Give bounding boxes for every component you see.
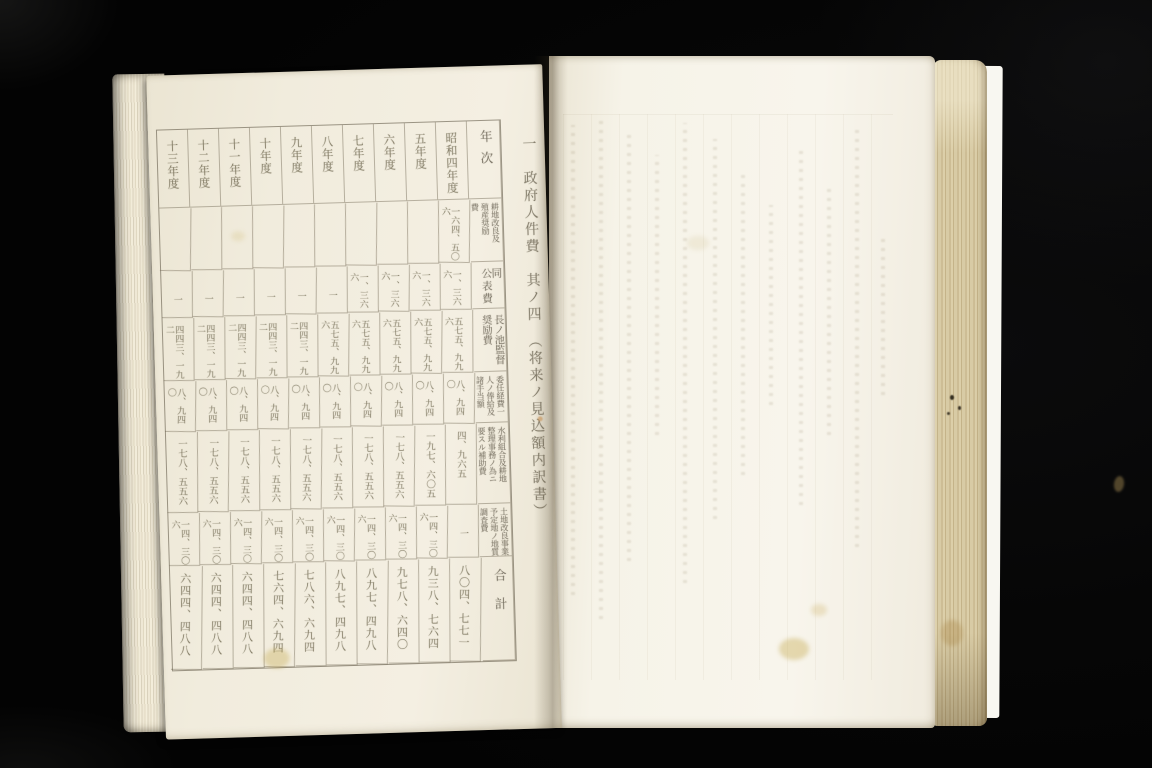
value-cell: 一六四、五〇六 <box>439 200 471 263</box>
fore-edge-speck <box>950 395 954 400</box>
bleed-through-column <box>655 155 659 435</box>
value-cell <box>253 205 285 268</box>
value-cell <box>315 203 346 266</box>
value-cell: 一、三六六 <box>441 263 472 310</box>
value-cell <box>160 208 192 271</box>
bleed-through-table <box>563 114 893 680</box>
bleed-through-column <box>741 175 745 475</box>
value-cell: 一 <box>317 266 348 313</box>
value-cell: 八、九四〇 <box>444 373 475 424</box>
value-cell: 一 <box>193 270 224 317</box>
year-header-cell: 十一年度 <box>219 128 252 207</box>
value-cell: 一七八、五五六 <box>291 428 323 509</box>
value-cell: 五七五、九九六 <box>318 313 350 376</box>
year-header-cell: 昭和四年度 <box>436 121 469 200</box>
value-cell: 五七五、九九六 <box>411 311 443 374</box>
total-value-cell: 七八六、六九四 <box>295 562 327 666</box>
year-header-cell: 六年度 <box>374 123 407 202</box>
bleed-through-column <box>769 205 773 405</box>
value-cell: 一七八、五五六 <box>198 431 230 512</box>
corner-header-cell: 年次 <box>467 120 502 199</box>
value-cell: 一四、三〇六 <box>386 506 417 559</box>
value-cell: 一七八、五五六 <box>353 426 384 507</box>
year-header-cell: 九年度 <box>281 126 314 205</box>
bleed-through-column <box>855 127 859 547</box>
total-value-cell: 六四四、四八八 <box>171 566 203 670</box>
value-cell: 八、九四〇 <box>320 376 351 427</box>
background-speck <box>1113 475 1125 492</box>
bleed-through-column <box>713 139 717 519</box>
value-cell: 四四三、一九二 <box>163 318 194 381</box>
total-value-cell: 六四四、四八八 <box>233 564 265 668</box>
book-fore-edge <box>933 60 987 726</box>
category-header-cell: 土地改良事業 予定地ノ地質 調査費 <box>478 503 513 557</box>
value-cell: 一四、三〇六 <box>169 513 200 566</box>
value-cell: 一 <box>162 271 193 318</box>
value-cell: 八、九四〇 <box>413 374 444 425</box>
value-cell: 八、九四〇 <box>196 380 227 431</box>
value-cell: 一四、三〇六 <box>293 509 324 562</box>
value-cell: 八、九四〇 <box>289 377 320 428</box>
value-cell: 一四、三〇六 <box>200 512 231 565</box>
photo-background: 十三年度十二年度十一年度十年度九年度八年度七年度六年度五年度昭和四年度年次一六四… <box>0 0 1152 768</box>
total-value-cell: 八九七、四九八 <box>357 560 389 664</box>
bleed-through-column <box>571 125 575 595</box>
value-cell: 一四、三〇六 <box>324 508 355 561</box>
value-cell <box>408 201 439 264</box>
value-cell: 一七八、五五六 <box>229 430 260 511</box>
bleed-through-column <box>627 131 631 561</box>
value-cell: 一、三六六 <box>410 264 441 311</box>
value-cell: 一 <box>255 268 286 315</box>
value-cell: 八、九四〇 <box>165 381 196 432</box>
value-cell: 八、九四〇 <box>258 378 289 429</box>
total-value-cell: 六四四、四八八 <box>202 565 234 669</box>
fore-edge-speck <box>958 406 961 410</box>
value-cell: 五七五、九九六 <box>349 312 380 375</box>
value-cell: 八、九四〇 <box>227 379 258 430</box>
year-header-cell: 七年度 <box>343 124 376 203</box>
year-header-cell: 八年度 <box>312 125 345 204</box>
total-value-cell: 八〇四、七七一 <box>450 558 482 662</box>
value-cell: 一七八、五五六 <box>167 432 198 513</box>
value-cell: 一 <box>224 269 255 316</box>
year-header-cell: 十二年度 <box>188 129 221 208</box>
value-cell: 一四、三〇六 <box>417 505 448 558</box>
category-header-cell: 耕地改良及 殖産奨励 費 <box>469 198 504 262</box>
page-stain <box>811 604 827 616</box>
value-cell: 一七八、五五六 <box>322 427 353 508</box>
year-header-cell: 十三年度 <box>157 130 190 209</box>
value-cell: 四四三、一九二 <box>225 316 257 379</box>
value-cell <box>377 202 408 265</box>
ledger-table: 十三年度十二年度十一年度十年度九年度八年度七年度六年度五年度昭和四年度年次一六四… <box>156 119 517 671</box>
value-cell: 一、三六六 <box>348 265 379 312</box>
value-cell: 一四、三〇六 <box>262 510 293 563</box>
value-cell: 四四三、一九二 <box>194 317 225 380</box>
value-cell: 五七五、九九六 <box>380 312 411 375</box>
total-header-cell: 合計 <box>480 556 516 661</box>
value-cell <box>191 207 222 270</box>
category-header-cell: 水利組合及耕地 整理事務ノ為ニ 要スル補助費 <box>476 422 511 504</box>
left-page: 十三年度十二年度十一年度十年度九年度八年度七年度六年度五年度昭和四年度年次一六四… <box>146 64 562 739</box>
value-cell: 一四、三〇六 <box>231 511 262 564</box>
page-stain <box>779 638 809 660</box>
value-cell: 四四三、一九二 <box>256 315 287 378</box>
page-stain <box>687 236 709 250</box>
total-value-cell: 九七八、六四〇 <box>388 559 420 663</box>
value-cell: 一七八、五五六 <box>260 429 291 510</box>
value-cell: 八、九四〇 <box>351 375 382 426</box>
bleed-through-column <box>881 235 885 395</box>
year-header-cell: 十年度 <box>250 127 283 206</box>
value-cell <box>346 202 378 265</box>
fore-edge-stain <box>941 620 963 646</box>
value-cell: 四、九六五 <box>446 424 477 505</box>
category-header-cell: 同 公表費 <box>471 261 505 309</box>
bleed-through-column <box>599 119 603 619</box>
value-cell <box>284 204 315 267</box>
fore-edge-speck <box>947 412 950 415</box>
year-header-cell: 五年度 <box>405 122 438 201</box>
value-cell: 一九七、六〇五 <box>415 425 446 506</box>
category-header-cell: 委任経費一 人ノ俸給及 諸手当額 <box>474 371 508 423</box>
value-cell: 一四、三〇六 <box>355 507 386 560</box>
value-cell: 八、九四〇 <box>382 375 413 426</box>
bleed-through-column <box>683 123 687 583</box>
value-cell: 四四三、一九二 <box>287 314 318 377</box>
bleed-through-column <box>799 145 803 505</box>
value-cell: 一七八、五五六 <box>384 425 416 506</box>
value-cell: 一 <box>448 505 479 558</box>
total-value-cell: 八九七、四九八 <box>326 561 358 665</box>
value-cell: 一 <box>286 267 317 314</box>
total-value-cell: 九三八、七六四 <box>419 558 451 662</box>
value-cell: 五七五、九九六 <box>442 310 473 373</box>
category-header-cell: 長ノ池監督 奨励費 <box>472 308 507 372</box>
bleed-through-column <box>827 185 831 435</box>
right-page <box>549 56 935 728</box>
value-cell: 一、三六六 <box>379 264 410 311</box>
